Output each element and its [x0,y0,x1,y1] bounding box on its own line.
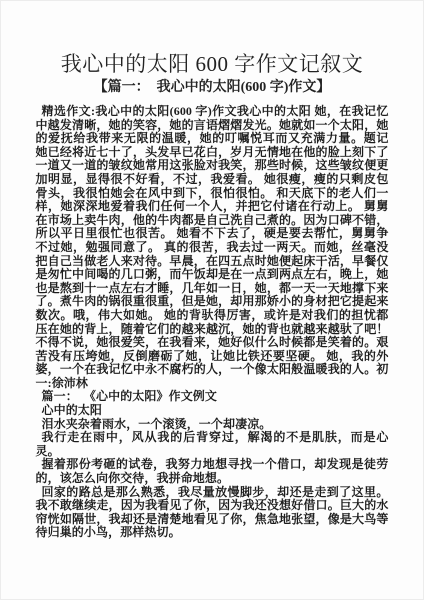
essay-paragraph: 精选作文:我心中的太阳(600 字)作文我心中的太阳 她，在我记忆中越发清晰，她… [36,105,389,390]
essay-paragraph: 心中的太阳 [36,404,389,418]
essay-body: 精选作文:我心中的太阳(600 字)作文我心中的太阳 她，在我记忆中越发清晰，她… [36,105,389,540]
section-heading: 【篇一： 我心中的太阳(600 字)作文】 [1,79,423,96]
document-page: 我心中的太阳 600 字作文记叙文 【篇一： 我心中的太阳(600 字)作文】 … [0,0,424,600]
document-title: 我心中的太阳 600 字作文记叙文 [1,52,423,76]
essay-paragraph: 我行走在雨中，风从我的后背穿过，解渴的不是肌肤，而是心灵。 [36,431,389,458]
essay-paragraph: 回家的路总是那么熟悉，我尽量放慢脚步，却还是走到了这里。我不敢继续走，因为我看见… [36,486,389,540]
essay-paragraph: 握着那份考砸的试卷，我努力地想寻找一个借口，却发现是徒劳的，该怎么向你交待，我拼… [36,458,389,485]
